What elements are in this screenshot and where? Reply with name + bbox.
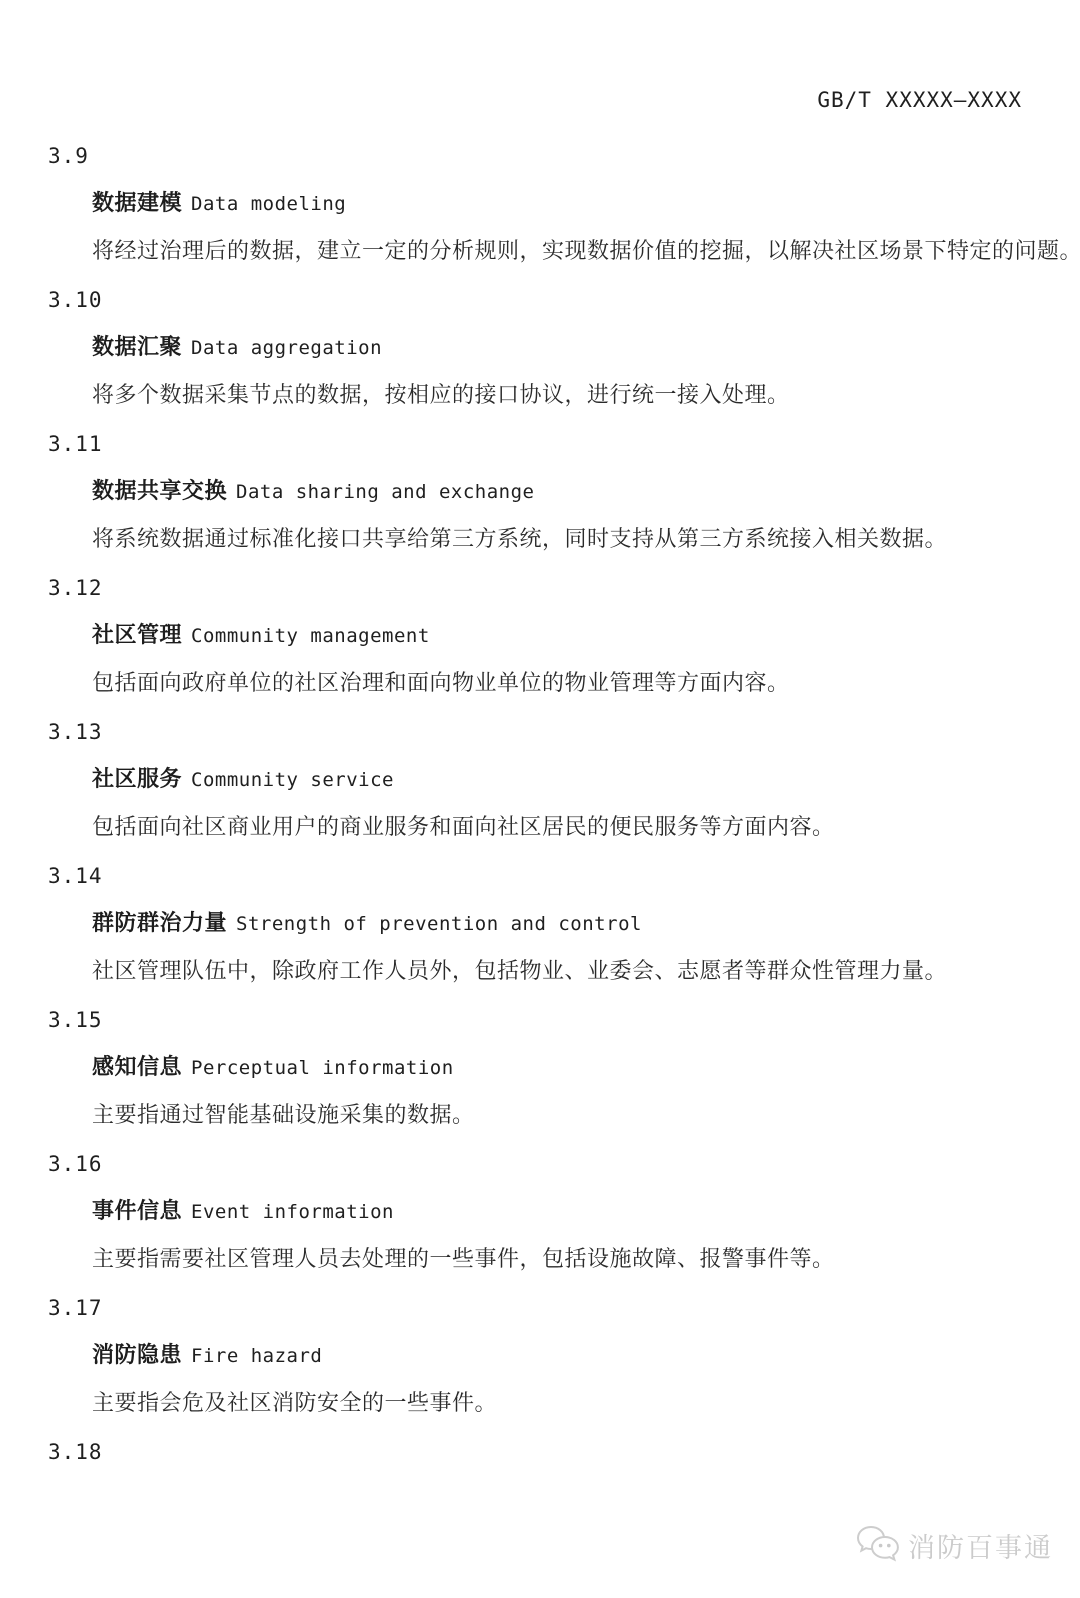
term-en: Community management: [191, 625, 430, 647]
term-section: 3.15 感知信息Perceptual information 主要指通过智能基…: [0, 1007, 1080, 1129]
term-en: Event information: [191, 1201, 394, 1223]
document-page: GB/T XXXXX—XXXX 3.9 数据建模Data modeling 将经…: [0, 0, 1080, 1598]
term-line: 事件信息Event information: [92, 1199, 1080, 1225]
term-line: 消防隐患Fire hazard: [92, 1343, 1080, 1369]
term-zh: 消防隐患: [92, 1343, 182, 1368]
term-zh: 社区管理: [92, 623, 182, 648]
term-zh: 感知信息: [92, 1055, 182, 1080]
term-zh: 群防群治力量: [92, 911, 227, 936]
section-number: 3.14: [48, 863, 1080, 889]
term-zh: 数据共享交换: [92, 479, 227, 504]
term-line: 数据共享交换Data sharing and exchange: [92, 479, 1080, 505]
term-line: 数据汇聚Data aggregation: [92, 335, 1080, 361]
term-section: 3.11 数据共享交换Data sharing and exchange 将系统…: [0, 431, 1080, 553]
term-line: 社区管理Community management: [92, 623, 1080, 649]
term-en: Data sharing and exchange: [236, 481, 534, 503]
term-line: 群防群治力量Strength of prevention and control: [92, 911, 1080, 937]
term-en: Perceptual information: [191, 1057, 454, 1079]
wechat-icon: [855, 1524, 901, 1566]
section-number: 3.18: [48, 1439, 1080, 1465]
term-definition: 主要指会危及社区消防安全的一些事件。: [92, 1391, 1080, 1417]
section-number: 3.16: [48, 1151, 1080, 1177]
terms-list: 3.9 数据建模Data modeling 将经过治理后的数据，建立一定的分析规…: [0, 143, 1080, 1487]
section-number: 3.9: [48, 143, 1080, 169]
term-line: 社区服务Community service: [92, 767, 1080, 793]
section-number: 3.10: [48, 287, 1080, 313]
term-en: Strength of prevention and control: [236, 913, 642, 935]
term-section: 3.14 群防群治力量Strength of prevention and co…: [0, 863, 1080, 985]
term-section: 3.17 消防隐患Fire hazard 主要指会危及社区消防安全的一些事件。: [0, 1295, 1080, 1417]
term-en: Data modeling: [191, 193, 346, 215]
term-en: Fire hazard: [191, 1345, 322, 1367]
term-section: 3.9 数据建模Data modeling 将经过治理后的数据，建立一定的分析规…: [0, 143, 1080, 265]
term-section: 3.10 数据汇聚Data aggregation 将多个数据采集节点的数据，按…: [0, 287, 1080, 409]
term-definition: 包括面向社区商业用户的商业服务和面向社区居民的便民服务等方面内容。: [92, 815, 1080, 841]
section-number: 3.13: [48, 719, 1080, 745]
watermark: 消防百事通: [855, 1524, 1053, 1566]
term-section: 3.12 社区管理Community management 包括面向政府单位的社…: [0, 575, 1080, 697]
term-en: Community service: [191, 769, 394, 791]
term-definition: 将系统数据通过标准化接口共享给第三方系统，同时支持从第三方系统接入相关数据。: [92, 527, 1080, 553]
term-definition: 社区管理队伍中，除政府工作人员外，包括物业、业委会、志愿者等群众性管理力量。: [92, 959, 1080, 985]
term-zh: 数据汇聚: [92, 335, 182, 360]
watermark-text: 消防百事通: [908, 1526, 1053, 1565]
term-zh: 社区服务: [92, 767, 182, 792]
term-definition: 主要指需要社区管理人员去处理的一些事件，包括设施故障、报警事件等。: [92, 1247, 1080, 1273]
term-en: Data aggregation: [191, 337, 382, 359]
term-definition: 将多个数据采集节点的数据，按相应的接口协议，进行统一接入处理。: [92, 383, 1080, 409]
section-number: 3.15: [48, 1007, 1080, 1033]
term-definition: 将经过治理后的数据，建立一定的分析规则，实现数据价值的挖掘，以解决社区场景下特定…: [92, 239, 1080, 265]
term-zh: 事件信息: [92, 1199, 182, 1224]
term-definition: 包括面向政府单位的社区治理和面向物业单位的物业管理等方面内容。: [92, 671, 1080, 697]
term-section: 3.18: [0, 1439, 1080, 1465]
term-line: 数据建模Data modeling: [92, 191, 1080, 217]
term-section: 3.16 事件信息Event information 主要指需要社区管理人员去处…: [0, 1151, 1080, 1273]
term-section: 3.13 社区服务Community service 包括面向社区商业用户的商业…: [0, 719, 1080, 841]
term-zh: 数据建模: [92, 191, 182, 216]
section-number: 3.12: [48, 575, 1080, 601]
doc-code-header: GB/T XXXXX—XXXX: [817, 88, 1022, 112]
term-line: 感知信息Perceptual information: [92, 1055, 1080, 1081]
term-definition: 主要指通过智能基础设施采集的数据。: [92, 1103, 1080, 1129]
section-number: 3.11: [48, 431, 1080, 457]
section-number: 3.17: [48, 1295, 1080, 1321]
